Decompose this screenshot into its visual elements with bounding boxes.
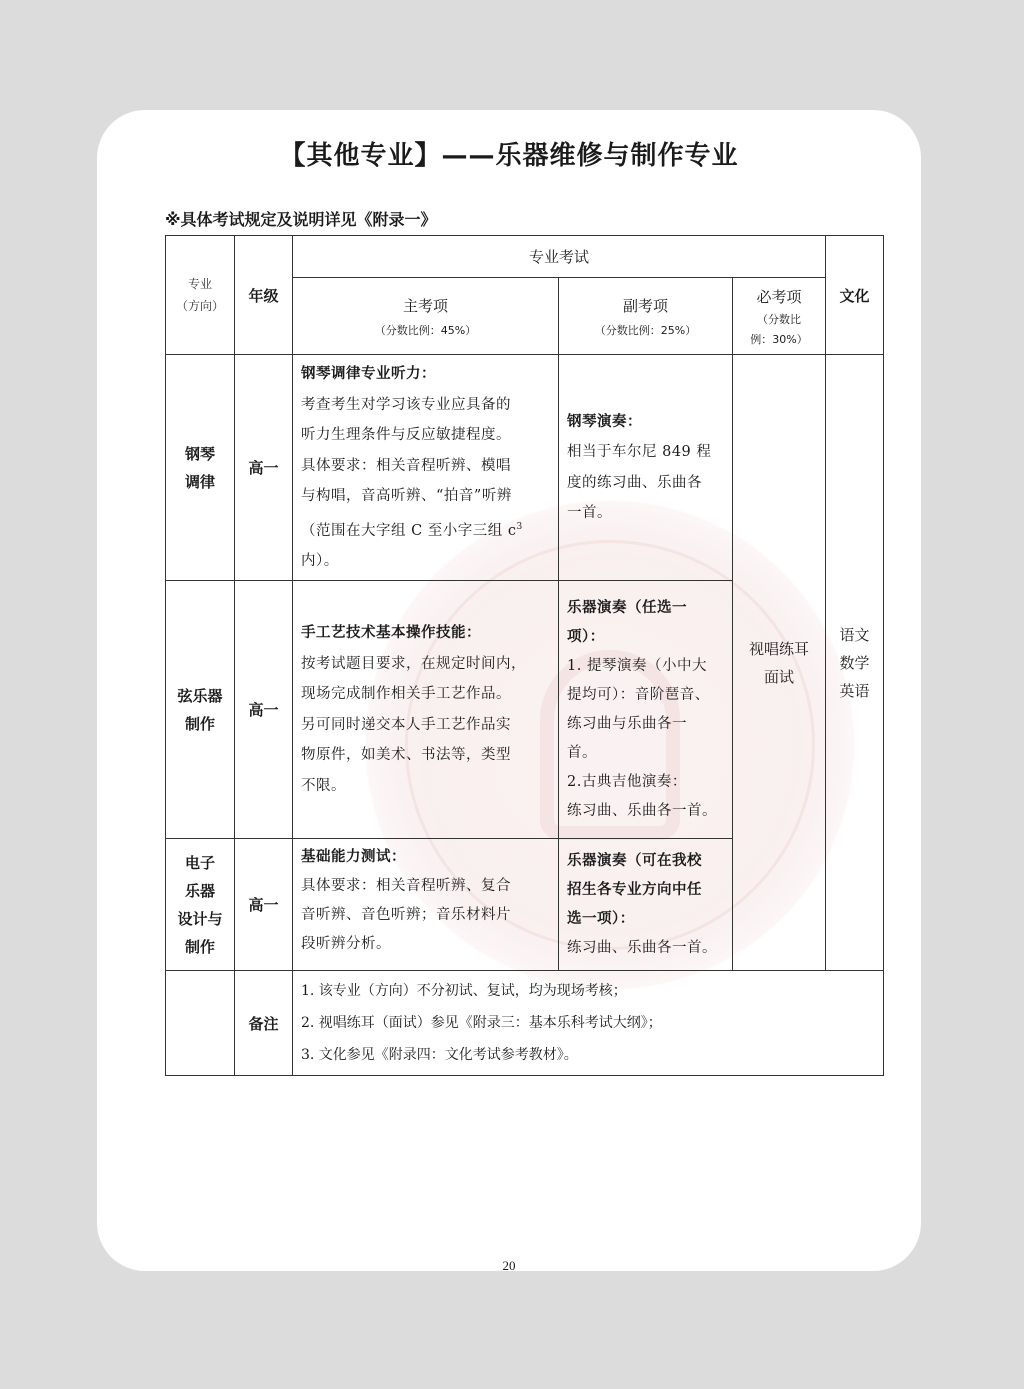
page-title: 【其他专业】——乐器维修与制作专业 (97, 135, 921, 172)
remarks-content: 1. 该专业（方向）不分初试、复试，均为现场考核； 2. 视唱练耳（面试）参见《… (293, 971, 884, 1076)
grade-cell: 高一 (235, 355, 293, 581)
major-cell: 弦乐器 制作 (166, 581, 235, 839)
remarks-row: 备注 1. 该专业（方向）不分初试、复试，均为现场考核； 2. 视唱练耳（面试）… (166, 971, 884, 1076)
header-grade: 年级 (235, 236, 293, 355)
secondary-item-cell: 乐器演奏（可在我校 招生各专业方向中任 选一项）： 练习曲、乐曲各一首。 (559, 839, 733, 971)
header-main-item: 主考项 （分数比例：45%） (293, 278, 559, 355)
appendix-note: ※具体考试规定及说明详见《附录一》 (165, 207, 437, 230)
grade-cell: 高一 (235, 581, 293, 839)
header-professional-exam: 专业考试 (293, 236, 826, 278)
main-item-cell: 钢琴调律专业听力： 考查考生对学习该专业应具备的 听力生理条件与反应敏捷程度。 … (293, 355, 559, 581)
exam-requirements-table: 专业 （方向） 年级 专业考试 文化 主考项 （分数比例：45%） 副考项 （分… (165, 235, 884, 1076)
main-item-cell: 基础能力测试： 具体要求：相关音程听辨、复合 音听辨、音色听辨；音乐材料片 段听… (293, 839, 559, 971)
page-number: 20 (97, 1258, 921, 1274)
major-cell: 钢琴 调律 (166, 355, 235, 581)
secondary-item-cell: 乐器演奏（任选一 项）： 1. 提琴演奏（小中大 提均可）：音阶琶音、 练习曲与… (559, 581, 733, 839)
table-row: 钢琴 调律 高一 钢琴调律专业听力： 考查考生对学习该专业应具备的 听力生理条件… (166, 355, 884, 581)
header-culture: 文化 (826, 236, 884, 355)
grade-cell: 高一 (235, 839, 293, 971)
remarks-label: 备注 (235, 971, 293, 1076)
header-major: 专业 （方向） (166, 236, 235, 355)
secondary-item-cell: 钢琴演奏： 相当于车尔尼 849 程 度的练习曲、乐曲各 一首。 (559, 355, 733, 581)
major-cell: 电子 乐器 设计与 制作 (166, 839, 235, 971)
header-required-item: 必考项 （分数比 例：30%） (733, 278, 826, 355)
header-secondary-item: 副考项 （分数比例：25%） (559, 278, 733, 355)
required-item-cell: 视唱练耳 面试 (733, 355, 826, 971)
culture-cell: 语文 数学 英语 (826, 355, 884, 971)
main-item-cell: 手工艺技术基本操作技能： 按考试题目要求，在规定时间内， 现场完成制作相关手工艺… (293, 581, 559, 839)
remarks-empty-cell (166, 971, 235, 1076)
